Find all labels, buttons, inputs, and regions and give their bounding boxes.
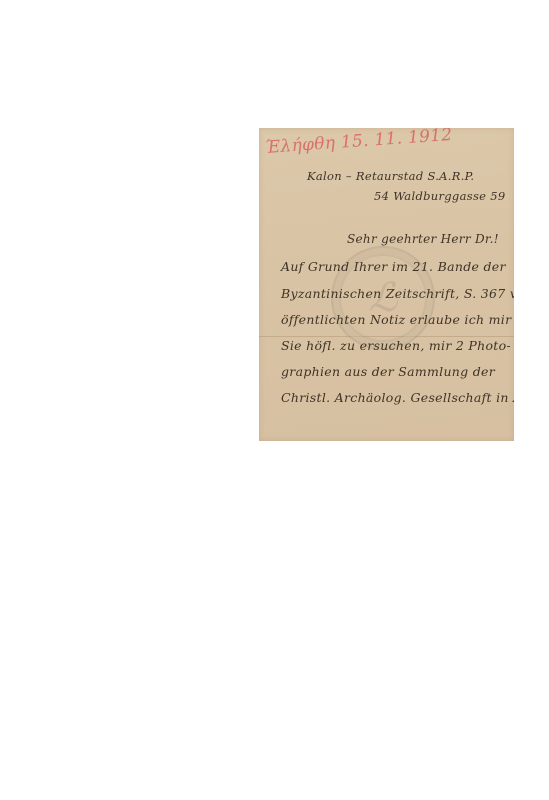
letter-sheet: ℒ Έλήφθη 15. 11. 1912 Kalon – Retaurstad… — [259, 128, 514, 441]
red-receipt-annotation: Έλήφθη 15. 11. 1912 — [264, 128, 453, 158]
salutation: Sehr geehrter Herr Dr.! — [347, 232, 499, 246]
body-line: Christl. Archäolog. Gesellschaft in Athe… — [281, 390, 514, 405]
body-line: graphien aus der Sammlung der — [281, 364, 495, 379]
body-line: Byzantinischen Zeitschrift, S. 367 ver- — [281, 286, 514, 301]
body-line: Sie höfl. zu ersuchen, mir 2 Photo- — [281, 338, 511, 353]
page-background: ℒ Έλήφθη 15. 11. 1912 Kalon – Retaurstad… — [0, 0, 549, 800]
sender-address-line-1: Kalon – Retaurstad S.A.R.P. — [307, 169, 474, 183]
body-line: Auf Grund Ihrer im 21. Bande der — [281, 259, 506, 274]
body-line: öffentlichten Notiz erlaube ich mir — [281, 312, 511, 327]
sender-address-line-2: 54 Waldburggasse 59 — [374, 189, 505, 203]
